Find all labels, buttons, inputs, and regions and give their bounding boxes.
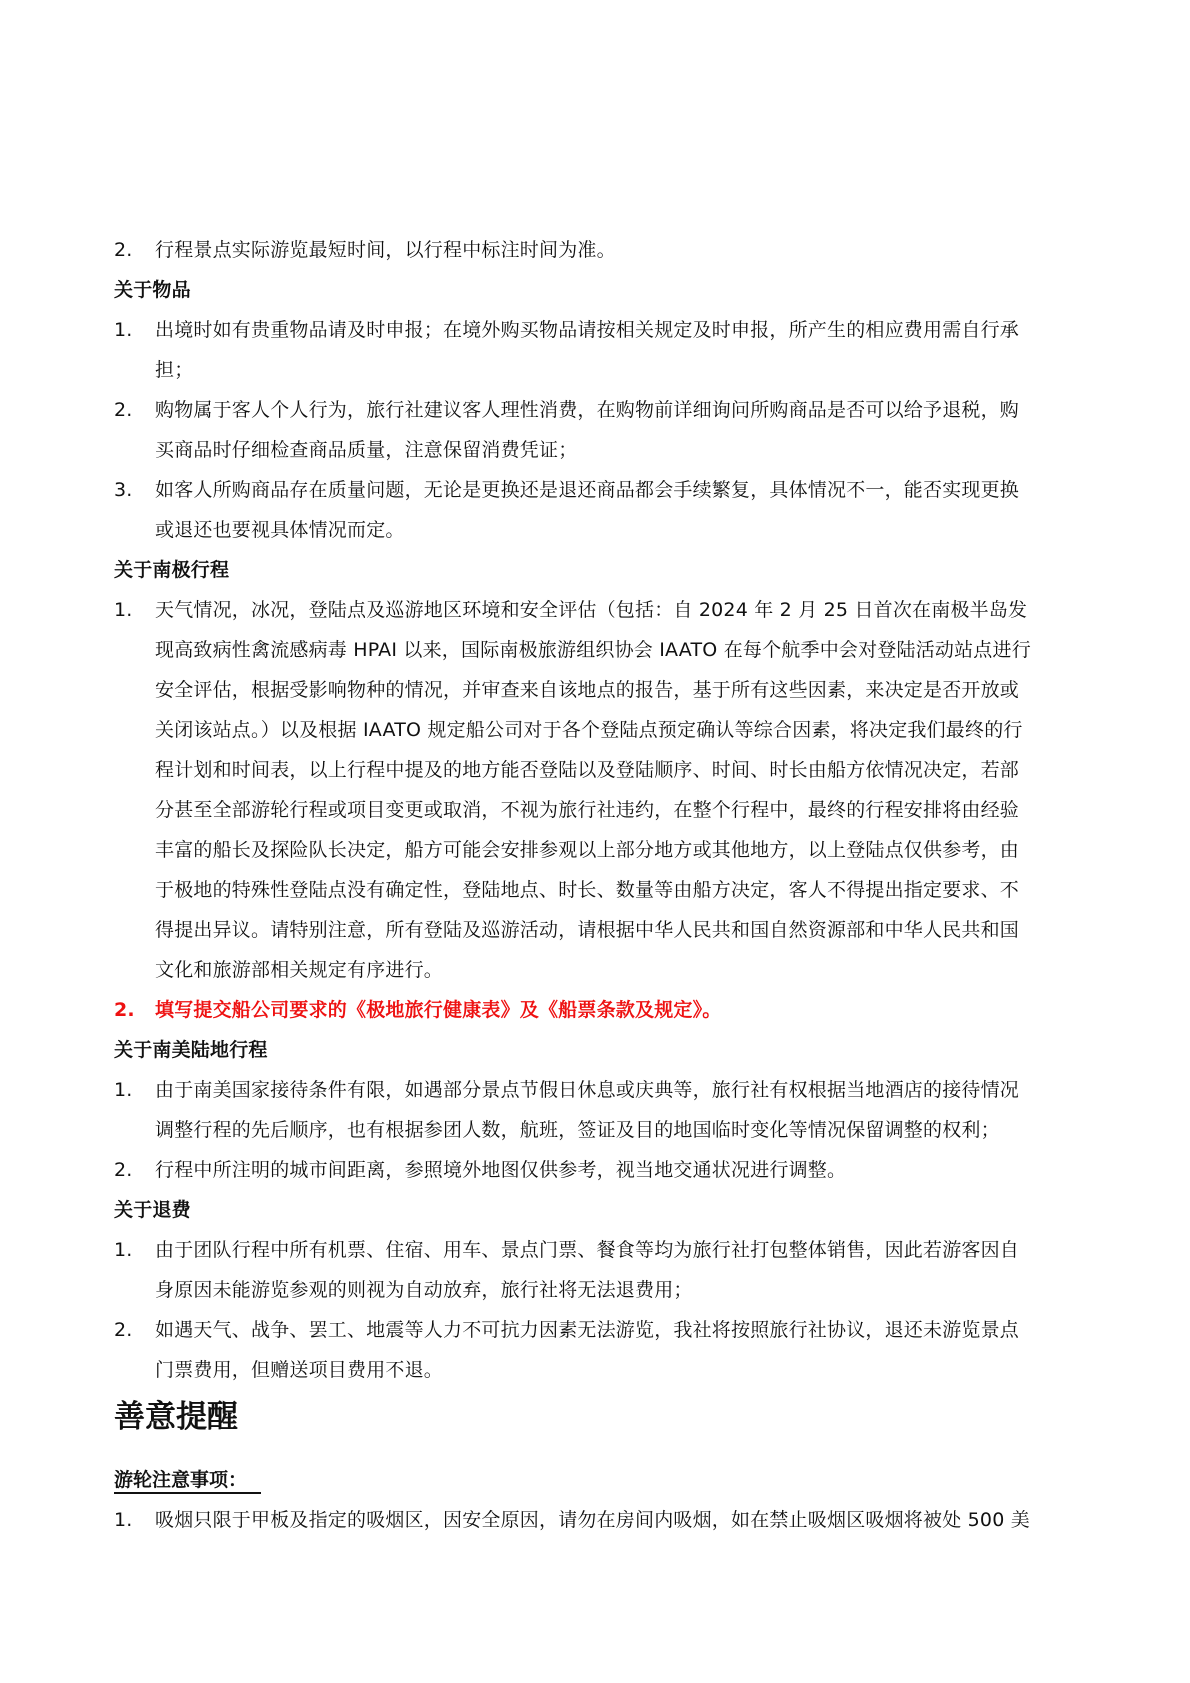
list-item: 1. 天气情况，冰况，登陆点及巡游地区环境和安全评估（包括：自 2024 年 2… [114, 590, 1104, 630]
item-text: 出境时如有贵重物品请及时申报；在境外购买物品请按相关规定及时申报，所产生的相应费… [155, 310, 1019, 350]
item-text: 行程景点实际游览最短时间，以行程中标注时间为准。 [155, 230, 616, 270]
item-text: 吸烟只限于甲板及指定的吸烟区，因安全原因，请勿在房间内吸烟，如在禁止吸烟区吸烟将… [155, 1500, 1030, 1540]
item-text-continued: 现高致病性禽流感病毒 HPAI 以来，国际南极旅游组织协会 IAATO 在每个航… [114, 630, 1104, 670]
item-text: 天气情况，冰况，登陆点及巡游地区环境和安全评估（包括：自 2024 年 2 月 … [155, 590, 1027, 630]
item-number: 2. [114, 1310, 154, 1350]
item-text-continued: 程计划和时间表，以上行程中提及的地方能否登陆以及登陆顺序、时间、时长由船方依情况… [114, 750, 1104, 790]
list-item: 3. 如客人所购商品存在质量问题，无论是更换还是退还商品都会手续繁复，具体情况不… [114, 470, 1104, 510]
document-content: 2. 行程景点实际游览最短时间，以行程中标注时间为准。 关于物品 1. 出境时如… [114, 230, 1104, 1540]
item-number: 1. [114, 1500, 154, 1540]
item-text: 如客人所购商品存在质量问题，无论是更换还是退还商品都会手续繁复，具体情况不一，能… [155, 470, 1019, 510]
item-text-continued: 或退还也要视具体情况而定。 [114, 510, 1104, 550]
list-item: 2. 如遇天气、战争、罢工、地震等人力不可抗力因素无法游览，我社将按照旅行社协议… [114, 1310, 1104, 1350]
cruise-notes-heading-text: 游轮注意事项： [114, 1469, 261, 1494]
list-item: 1. 出境时如有贵重物品请及时申报；在境外购买物品请按相关规定及时申报，所产生的… [114, 310, 1104, 350]
item-text-continued: 关闭该站点。）以及根据 IAATO 规定船公司对于各个登陆点预定确认等综合因素，… [114, 710, 1104, 750]
highlighted-list-item: 2. 填写提交船公司要求的《极地旅行健康表》及《船票条款及规定》。 [114, 990, 1104, 1030]
item-text: 由于团队行程中所有机票、住宿、用车、景点门票、餐食等均为旅行社打包整体销售，因此… [155, 1230, 1019, 1270]
list-item: 2. 行程中所注明的城市间距离，参照境外地图仅供参考，视当地交通状况进行调整。 [114, 1150, 1104, 1190]
item-number: 1. [114, 1230, 154, 1270]
item-text: 如遇天气、战争、罢工、地震等人力不可抗力因素无法游览，我社将按照旅行社协议，退还… [155, 1310, 1019, 1350]
item-number: 2. [114, 990, 154, 1030]
spacer [114, 1442, 1104, 1460]
item-text-continued: 门票费用，但赠送项目费用不退。 [114, 1350, 1104, 1390]
item-text-continued: 于极地的特殊性登陆点没有确定性，登陆地点、时长、数量等由船方决定，客人不得提出指… [114, 870, 1104, 910]
item-text-continued: 买商品时仔细检查商品质量，注意保留消费凭证； [114, 430, 1104, 470]
item-number: 3. [114, 470, 154, 510]
item-text: 行程中所注明的城市间距离，参照境外地图仅供参考，视当地交通状况进行调整。 [155, 1150, 846, 1190]
item-text-continued: 担； [114, 350, 1104, 390]
list-item: 2. 购物属于客人个人行为，旅行社建议客人理性消费，在购物前详细询问所购商品是否… [114, 390, 1104, 430]
section-heading-south-america: 关于南美陆地行程 [114, 1030, 1104, 1070]
item-text-continued: 身原因未能游览参观的则视为自动放弃，旅行社将无法退费用； [114, 1270, 1104, 1310]
item-number: 1. [114, 590, 154, 630]
list-item: 1. 由于南美国家接待条件有限，如遇部分景点节假日休息或庆典等，旅行社有权根据当… [114, 1070, 1104, 1110]
item-text: 购物属于客人个人行为，旅行社建议客人理性消费，在购物前详细询问所购商品是否可以给… [155, 390, 1019, 430]
item-text-continued: 分甚至全部游轮行程或项目变更或取消，不视为旅行社违约，在整个行程中，最终的行程安… [114, 790, 1104, 830]
item-number: 2. [114, 390, 154, 430]
item-text-continued: 得提出异议。请特别注意，所有登陆及巡游活动，请根据中华人民共和国自然资源部和中华… [114, 910, 1104, 950]
item-number: 1. [114, 1070, 154, 1110]
reminder-title: 善意提醒 [114, 1392, 1104, 1442]
item-number: 1. [114, 310, 154, 350]
item-text-continued: 调整行程的先后顺序，也有根据参团人数，航班，签证及目的地国临时变化等情况保留调整… [114, 1110, 1104, 1150]
item-text-continued: 文化和旅游部相关规定有序进行。 [114, 950, 1104, 990]
item-text-continued: 安全评估，根据受影响物种的情况，并审查来自该地点的报告，基于所有这些因素，来决定… [114, 670, 1104, 710]
section-heading-items: 关于物品 [114, 270, 1104, 310]
item-text-highlighted: 填写提交船公司要求的《极地旅行健康表》及《船票条款及规定》。 [155, 990, 722, 1030]
list-item: 2. 行程景点实际游览最短时间，以行程中标注时间为准。 [114, 230, 1104, 270]
list-item: 1. 由于团队行程中所有机票、住宿、用车、景点门票、餐食等均为旅行社打包整体销售… [114, 1230, 1104, 1270]
item-number: 2. [114, 1150, 154, 1190]
item-text: 由于南美国家接待条件有限，如遇部分景点节假日休息或庆典等，旅行社有权根据当地酒店… [155, 1070, 1019, 1110]
list-item: 1. 吸烟只限于甲板及指定的吸烟区，因安全原因，请勿在房间内吸烟，如在禁止吸烟区… [114, 1500, 1104, 1540]
cruise-notes-heading: 游轮注意事项： [114, 1460, 1104, 1500]
item-text-continued: 丰富的船长及探险队长决定，船方可能会安排参观以上部分地方或其他地方，以上登陆点仅… [114, 830, 1104, 870]
section-heading-refund: 关于退费 [114, 1190, 1104, 1230]
item-number: 2. [114, 230, 154, 270]
section-heading-antarctic: 关于南极行程 [114, 550, 1104, 590]
document-page: 2. 行程景点实际游览最短时间，以行程中标注时间为准。 关于物品 1. 出境时如… [0, 0, 1190, 1683]
